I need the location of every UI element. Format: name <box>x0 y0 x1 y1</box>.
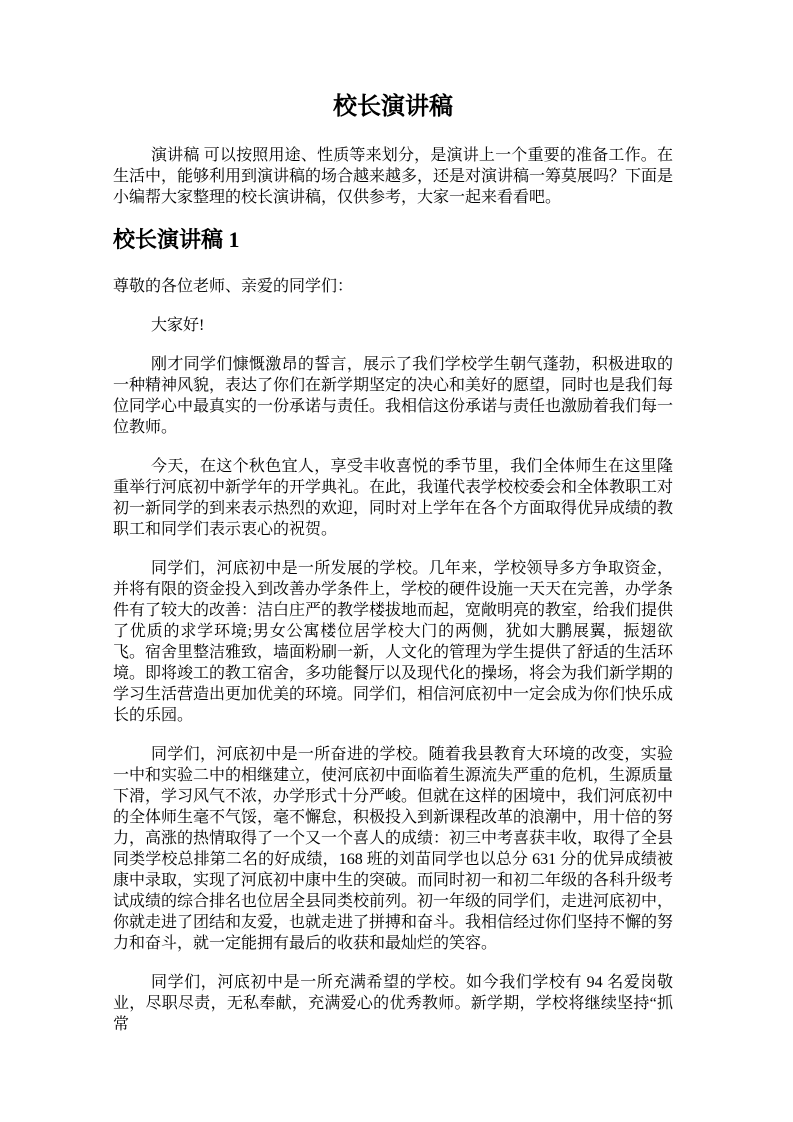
body-paragraph: 同学们，河底初中是一所充满希望的学校。如今我们学校有 94 名爱岗敬业，尽职尽责… <box>113 972 673 1035</box>
salutation: 尊敬的各位老师、亲爱的同学们： <box>113 276 673 297</box>
body-paragraph: 同学们，河底初中是一所奋进的学校。随着我县教育大环境的改变，实验一中和实验二中的… <box>113 744 673 954</box>
greeting: 大家好! <box>113 315 673 336</box>
body-paragraph: 刚才同学们慷慨激昂的誓言，展示了我们学校学生朝气蓬勃，积极进取的一种精神风貌，表… <box>113 354 673 438</box>
body-paragraph: 今天，在这个秋色宜人，享受丰收喜悦的季节里，我们全体师生在这里隆重举行河底初中新… <box>113 456 673 540</box>
document-title: 校长演讲稿 <box>113 92 673 122</box>
document-page: 校长演讲稿 演讲稿 可以按照用途、性质等来划分，是演讲上一个重要的准备工作。在生… <box>0 0 793 1122</box>
intro-paragraph: 演讲稿 可以按照用途、性质等来划分，是演讲上一个重要的准备工作。在生活中，能够利… <box>113 145 673 208</box>
body-paragraph: 同学们，河底初中是一所发展的学校。几年来，学校领导多方争取资金，并将有限的资金投… <box>113 558 673 726</box>
section-heading: 校长演讲稿 1 <box>113 226 673 254</box>
